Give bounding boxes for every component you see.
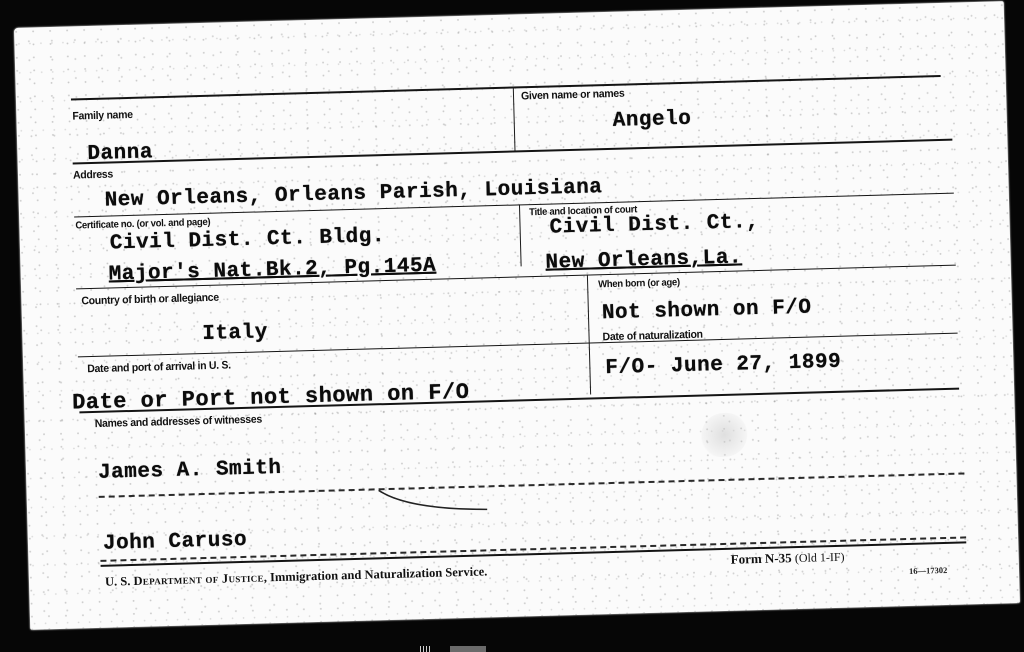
court-line1: Civil Dist. Ct., <box>549 211 759 240</box>
issuer-line: U. S. Department of Justice, Immigration… <box>105 564 488 589</box>
country-of-birth-label: Country of birth or allegiance <box>81 291 219 307</box>
when-born-label: When born (or age) <box>598 277 680 291</box>
family-name-label: Family name <box>72 109 133 123</box>
given-name-value: Angelo <box>612 108 691 133</box>
viewer-icon <box>420 646 430 652</box>
form-number-text: Form N-35 <box>730 550 791 567</box>
address-label: Address <box>73 168 113 182</box>
naturalization-index-card: Family name Danna Given name or names An… <box>14 1 1020 630</box>
viewer-control <box>450 646 486 652</box>
certificate-court-divider <box>519 204 522 266</box>
form-number: Form N-35 (Old 1-IF) <box>730 549 844 568</box>
paper-stain <box>701 412 748 457</box>
country-of-birth-value: Italy <box>202 321 268 346</box>
name-divider <box>513 87 516 151</box>
birth-naturalization-divider <box>587 275 591 395</box>
witnesses-label: Names and addresses of witnesses <box>95 413 263 430</box>
top-border-rule <box>71 75 941 101</box>
issuer-department: Department of Justice <box>133 570 264 588</box>
address-value: New Orleans, Orleans Parish, Louisiana <box>104 176 602 212</box>
form-revision: (Old 1-IF) <box>795 550 845 565</box>
witness-1: James A. Smith <box>98 457 282 485</box>
naturalization-date-value: F/O- June 27, 1899 <box>605 351 841 380</box>
witness-2: John Caruso <box>103 529 248 556</box>
scanned-image: Family name Danna Given name or names An… <box>0 0 1024 652</box>
when-born-value: Not shown on F/O <box>602 297 812 326</box>
viewer-toolbar-fragment <box>420 646 490 652</box>
pen-stroke-mark <box>377 485 498 518</box>
name-row-rule <box>73 139 953 165</box>
certificate-line2: Major's Nat.Bk.2, Pg.145A <box>108 255 436 287</box>
arrival-label: Date and port of arrival in U. S. <box>87 359 231 375</box>
given-name-label: Given name or names <box>521 87 625 102</box>
issuer-service: , Immigration and Naturalization Service… <box>264 564 488 584</box>
issuer-prefix: U. S. <box>105 574 134 589</box>
naturalization-date-label: Date of naturalization <box>602 328 702 343</box>
print-code: 16—17302 <box>909 565 948 576</box>
